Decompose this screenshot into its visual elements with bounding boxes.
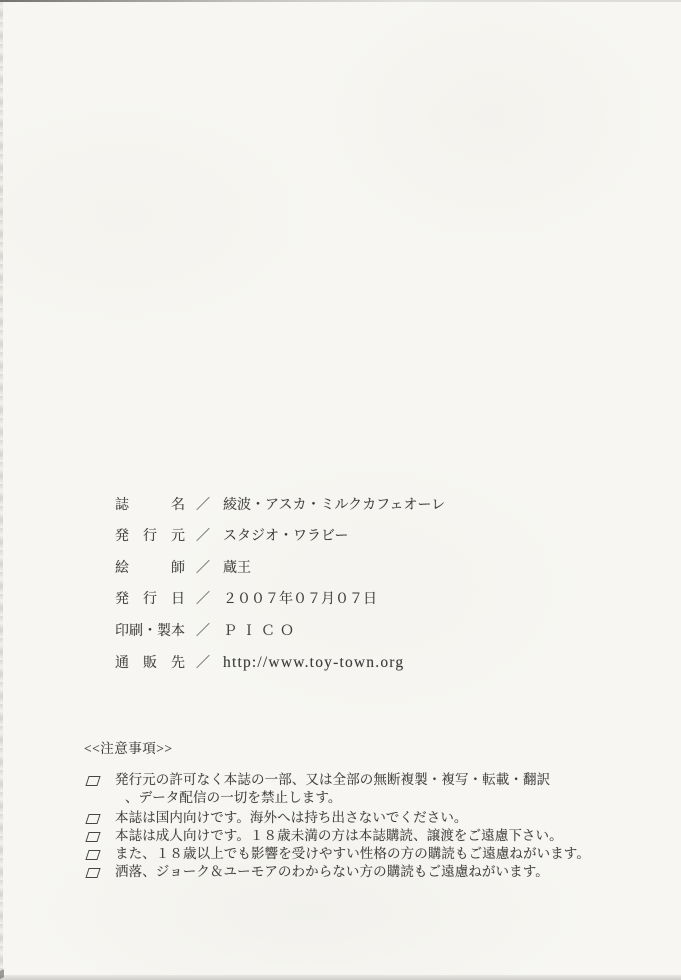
colophon-row-title: 誌名 ／ 綾波・アスカ・ミルクカフェオーレ: [115, 499, 445, 513]
colophon-block: 誌名 ／ 綾波・アスカ・ミルクカフェオーレ 発行元 ／ スタジオ・ワラビー 絵師…: [115, 499, 445, 687]
scan-edge-left: [0, 0, 3, 980]
colophon-value-printer: ＰＩＣＯ: [223, 625, 299, 639]
notice-item: 洒落、ジョーク＆ユーモアのわからない方の購読もご遠慮ねがいます。: [87, 863, 617, 881]
notice-item: また、１８歳以上でも影響を受けやすい性格の方の購読もご遠慮ねがいます。: [87, 845, 617, 863]
notice-heading: <<注意事項>>: [84, 741, 172, 757]
notice-item-line: 発行元の許可なく本誌の一部、又は全部の無断複製・複写・転載・翻訳: [115, 771, 550, 789]
colophon-value-shop-url: http://www.toy-town.org: [223, 656, 404, 670]
scan-edge-top: [0, 0, 681, 2]
slash-separator: ／: [196, 657, 210, 671]
colophon-label: 通販先: [115, 657, 185, 671]
colophon-row-artist: 絵師 ／ 蔵王: [115, 562, 445, 576]
scan-edge-bottom: [0, 975, 681, 980]
notice-item: 本誌は国内向けです。海外へは持ち出さないでください。: [87, 809, 617, 827]
notice-list: 発行元の許可なく本誌の一部、又は全部の無断複製・複写・転載・翻訳 、データ配信の…: [87, 771, 617, 881]
colophon-row-publisher: 発行元 ／ スタジオ・ワラビー: [115, 530, 445, 544]
checkbox-icon: [85, 850, 100, 860]
notice-item-line: 、データ配信の一切を禁止します。: [115, 789, 550, 807]
colophon-value-title: 綾波・アスカ・ミルクカフェオーレ: [223, 499, 445, 513]
notice-item-text: 発行元の許可なく本誌の一部、又は全部の無断複製・複写・転載・翻訳 、データ配信の…: [115, 771, 550, 807]
slash-separator: ／: [196, 530, 210, 544]
slash-separator: ／: [196, 562, 210, 576]
checkbox-icon: [85, 776, 100, 786]
colophon-label: 誌名: [115, 499, 185, 513]
colophon-value-date: ２００７年０７月０７日: [223, 593, 377, 607]
scanned-page: 誌名 ／ 綾波・アスカ・ミルクカフェオーレ 発行元 ／ スタジオ・ワラビー 絵師…: [0, 0, 681, 980]
checkbox-icon: [85, 814, 100, 824]
notice-item-text: また、１８歳以上でも影響を受けやすい性格の方の購読もご遠慮ねがいます。: [115, 845, 590, 863]
colophon-row-printer: 印刷・製本 ／ ＰＩＣＯ: [115, 625, 445, 639]
notice-item: 発行元の許可なく本誌の一部、又は全部の無断複製・複写・転載・翻訳 、データ配信の…: [87, 771, 617, 807]
colophon-label: 印刷・製本: [115, 625, 185, 639]
notice-item: 本誌は成人向けです。１８歳未満の方は本誌購読、譲渡をご遠慮下さい。: [87, 827, 617, 845]
colophon-label: 絵師: [115, 562, 185, 576]
slash-separator: ／: [196, 625, 210, 639]
colophon-value-publisher: スタジオ・ワラビー: [223, 530, 348, 544]
checkbox-icon: [85, 868, 100, 878]
colophon-label: 発行日: [115, 593, 185, 607]
colophon-value-artist: 蔵王: [223, 562, 251, 576]
slash-separator: ／: [196, 593, 210, 607]
colophon-label: 発行元: [115, 530, 185, 544]
slash-separator: ／: [196, 499, 210, 513]
colophon-row-shop-url: 通販先 ／ http://www.toy-town.org: [115, 656, 445, 670]
colophon-row-date: 発行日 ／ ２００７年０７月０７日: [115, 593, 445, 607]
checkbox-icon: [85, 832, 100, 842]
notice-item-text: 洒落、ジョーク＆ユーモアのわからない方の購読もご遠慮ねがいます。: [115, 863, 549, 881]
notice-item-text: 本誌は国内向けです。海外へは持ち出さないでください。: [115, 809, 468, 827]
notice-item-text: 本誌は成人向けです。１８歳未満の方は本誌購読、譲渡をご遠慮下さい。: [115, 827, 563, 845]
